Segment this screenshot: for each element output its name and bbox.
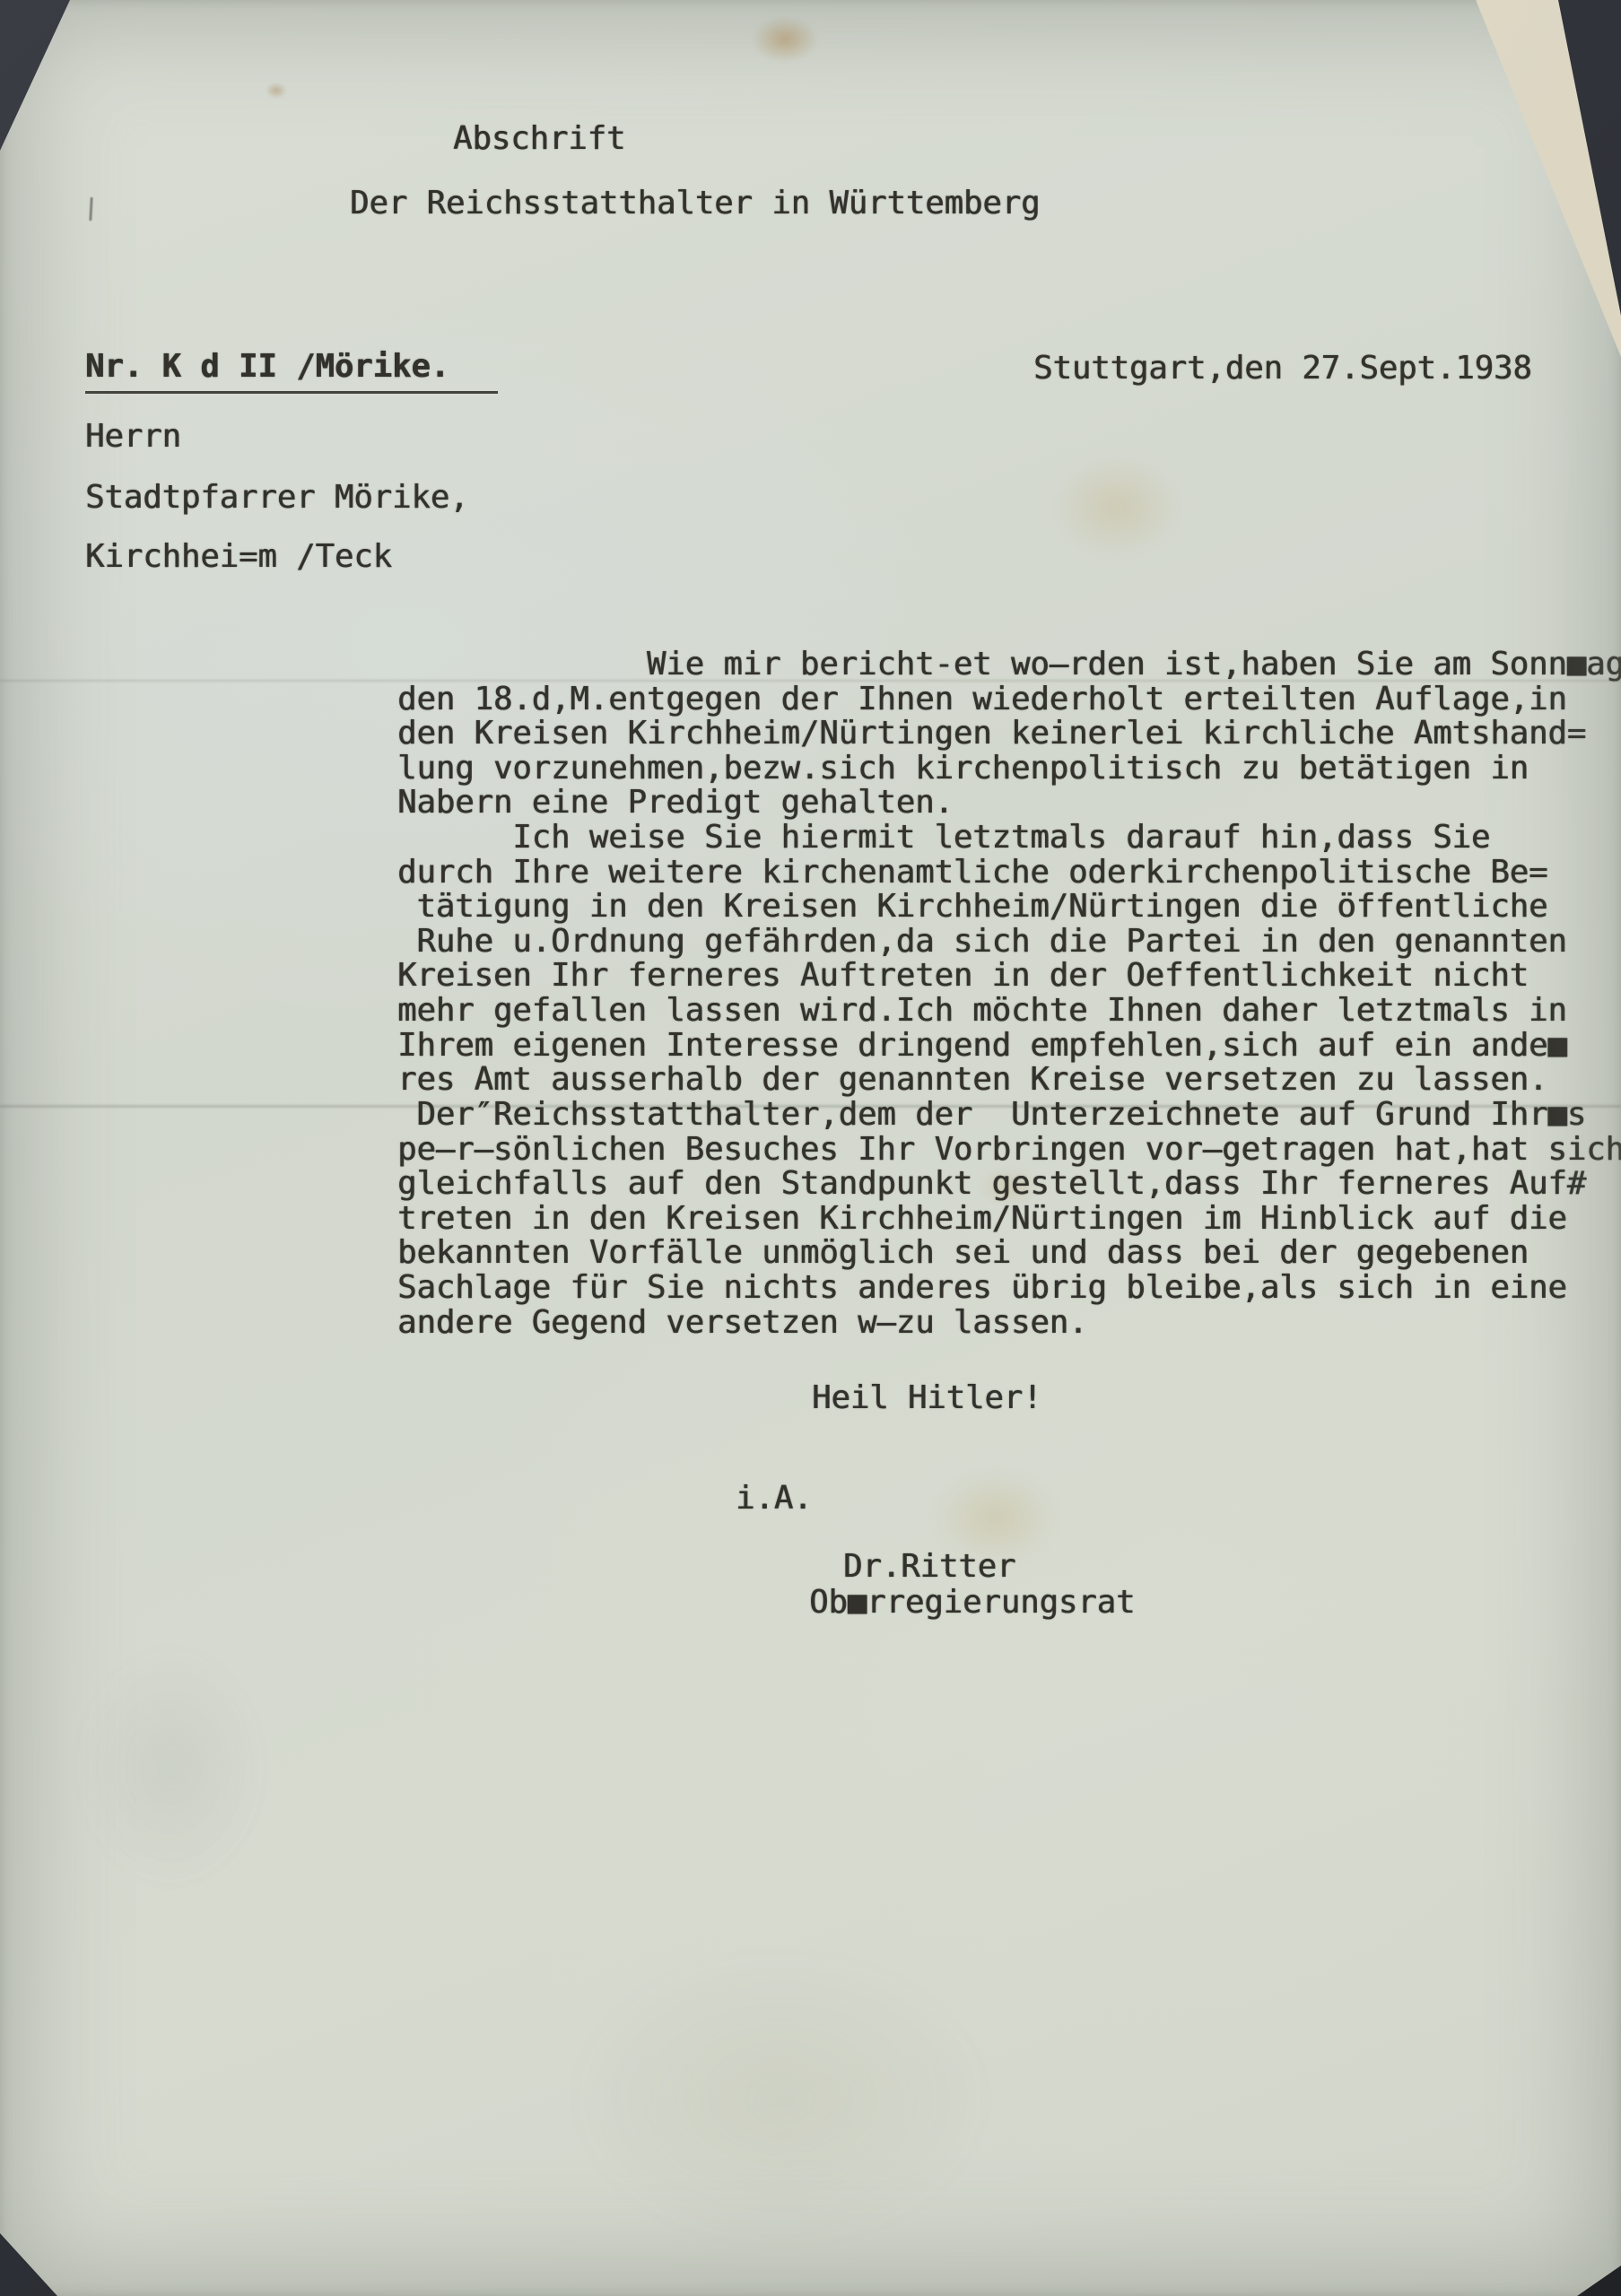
faint-stain — [574, 1955, 987, 2242]
pen-mark — [89, 197, 92, 221]
show-through-smudge — [81, 1650, 260, 1883]
recipient-salutation: Herrn — [85, 420, 181, 455]
reference-number: Nr. K d II /Mörike. — [85, 350, 498, 394]
recipient-name: Stadtpfarrer Mörike, — [85, 481, 468, 516]
sender-heading: Der Reichsstatthalter in Württemberg — [350, 187, 1040, 222]
yellow-stain — [1050, 453, 1184, 561]
body-paragraph-3: Der″Reichsstatthalter,dem der Unterzeich… — [397, 1098, 1621, 1340]
doc-type-heading: Abschrift — [453, 122, 625, 157]
scanned-letter-background: Abschrift Der Reichsstatthalter in Württ… — [0, 0, 1621, 2296]
closing-per-pro: i.A. — [736, 1482, 813, 1517]
rust-stain — [266, 83, 287, 99]
closing-salute: Heil Hitler! — [812, 1381, 1041, 1416]
letter-page: Abschrift Der Reichsstatthalter in Württ… — [0, 0, 1621, 2296]
body-paragraph-1: Wie mir bericht-et wo̶rden ist,haben Sie… — [397, 648, 1621, 821]
dateline: Stuttgart,den 27.Sept.1938 — [1033, 352, 1532, 387]
recipient-city: Kirchhei=m /Teck — [85, 540, 392, 575]
body-paragraph-2: Ich weise Sie hiermit letztmals darauf h… — [397, 821, 1567, 1098]
signature-title: Ob■rregierungsrat — [809, 1586, 1135, 1621]
rust-stain — [752, 16, 818, 63]
signature-name: Dr.Ritter — [843, 1550, 1015, 1585]
